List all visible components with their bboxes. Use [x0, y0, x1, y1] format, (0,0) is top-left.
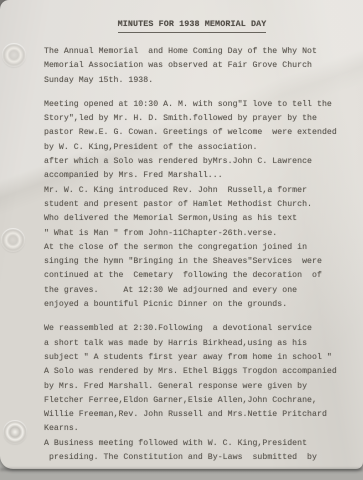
document-line: by W. C. King,President of the associati… — [44, 141, 340, 155]
binder-hole-bottom-icon — [3, 420, 27, 444]
document-line: At the close of the sermon the congregat… — [44, 241, 340, 255]
document-line: The Annual Memorial and Home Coming Day … — [44, 45, 340, 59]
document-line: Kearns. — [44, 422, 340, 436]
document-line: student and present pastor of Hamlet Met… — [44, 198, 340, 212]
document-line: Sunday May 15th. 1938. — [44, 74, 340, 88]
paragraph: Meeting opened at 10:30 A. M. with song"… — [44, 98, 340, 184]
document-line: Willie Freeman,Rev. John Russell and Mrs… — [44, 408, 340, 422]
document-line: A Solo was rendered by Mrs. Ethel Biggs … — [44, 365, 340, 379]
document-body: MINUTES FOR 1938 MEMORIAL DAY The Annual… — [44, 13, 340, 465]
document-line: A Business meeting followed with W. C. K… — [44, 437, 340, 451]
document-line: the graves. At 12:30 We adjourned and ev… — [44, 284, 340, 298]
document-line: enjoyed a bountiful Picnic Dinner on the… — [44, 298, 340, 312]
document-line: singing the hymn "Bringing in the Sheave… — [44, 255, 340, 269]
document-line: Mr. W. C. King introduced Rev. John Russ… — [44, 184, 340, 198]
scanner-background: { "page": { "title": "MINUTES FOR 1938 M… — [0, 0, 363, 480]
document-line: We reassembled at 2:30.Following a devot… — [44, 322, 340, 336]
paragraph: A Business meeting followed with W. C. K… — [44, 437, 340, 466]
document-line: by Mrs. Fred Marshall. General response … — [44, 380, 340, 394]
document-page: MINUTES FOR 1938 MEMORIAL DAY The Annual… — [0, 0, 363, 469]
document-line: presiding. The Constitution and By-Laws … — [44, 451, 340, 465]
document-line: continued at the Cemetary following the … — [44, 269, 340, 283]
binder-hole-middle-icon — [1, 228, 25, 252]
document-line: a short talk was made by Harris Birkhead… — [44, 337, 340, 351]
paragraph: Mr. W. C. King introduced Rev. John Russ… — [44, 184, 340, 313]
title-block: MINUTES FOR 1938 MEMORIAL DAY — [44, 13, 340, 33]
document-line: Memorial Association was observed at Fai… — [44, 59, 340, 73]
document-line: after which a Solo was rendered byMrs.Jo… — [44, 155, 340, 169]
binder-hole-top-icon — [2, 43, 26, 67]
document-line: " What is Man " from John-11Chapter-26th… — [44, 227, 340, 241]
document-paragraphs: The Annual Memorial and Home Coming Day … — [44, 45, 340, 465]
document-line: accompanied by Mrs. Fred Marshall... — [44, 169, 340, 183]
document-line: Story",led by Mr. H. D. Smith.followed b… — [44, 112, 340, 126]
document-line: Fletcher Ferree,Eldon Garner,Elsie Allen… — [44, 394, 340, 408]
paper-edge-shadow — [0, 468, 363, 471]
paragraph: The Annual Memorial and Home Coming Day … — [44, 45, 340, 88]
document-line: Meeting opened at 10:30 A. M. with song"… — [44, 98, 340, 112]
document-line: Who delivered the Memorial Sermon,Using … — [44, 212, 340, 226]
paragraph: We reassembled at 2:30.Following a devot… — [44, 322, 340, 436]
document-line: subject " A students first year away fro… — [44, 351, 340, 365]
document-line: pastor Rew.E. G. Cowan. Greetings of wel… — [44, 126, 340, 140]
page-title: MINUTES FOR 1938 MEMORIAL DAY — [118, 19, 267, 33]
